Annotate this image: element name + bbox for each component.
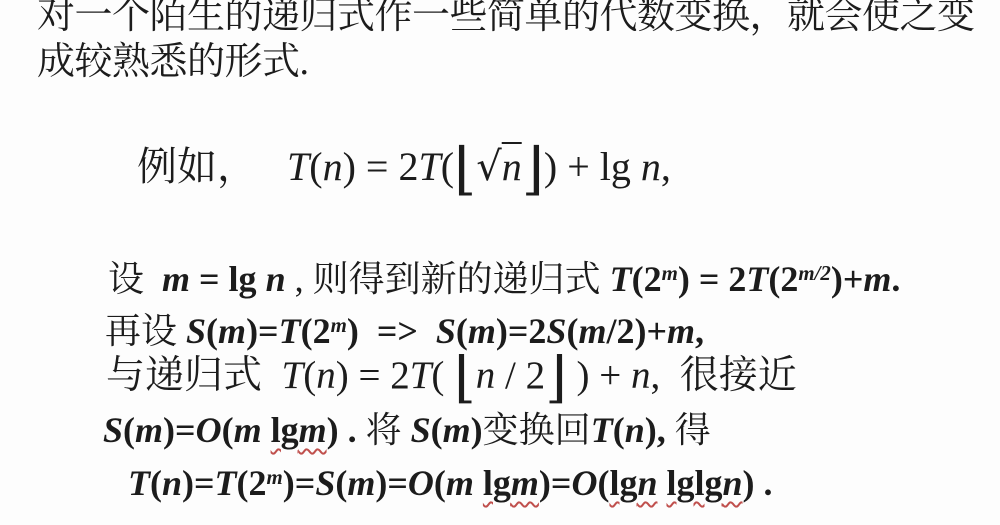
substitution-definition: 设 m = lg n , 则得到新的递归式 T(2m) = 2T(2m/2)+m… xyxy=(108,248,900,304)
text-segment: 得 xyxy=(666,410,711,450)
text-segment xyxy=(257,144,287,189)
slide-canvas: 对一个陌生的递归式作一些简单的代数变换，就会使之变 成较熟悉的形式. 例如， T… xyxy=(0,0,1000,525)
text-segment: ) xyxy=(471,410,483,450)
text-segment: lg xyxy=(271,410,299,450)
text-segment: ( xyxy=(566,311,578,351)
text-segment: (2 xyxy=(632,259,662,299)
text-segment: √ xyxy=(476,144,502,190)
text-segment: T xyxy=(610,259,632,299)
text-segment: ⌋ xyxy=(545,346,567,410)
text-segment: S xyxy=(411,410,431,450)
example-formula: 例如， T(n) = 2T(⌊√n⌋) + lg n, xyxy=(137,136,671,200)
text-segment: T xyxy=(418,144,440,189)
text-segment: ), xyxy=(645,410,666,450)
text-segment: ( xyxy=(431,354,454,397)
text-segment: ⌊ xyxy=(454,346,476,410)
text-segment: ) + lg xyxy=(544,144,641,189)
text-segment: m xyxy=(578,311,606,351)
text-segment: )= xyxy=(375,463,408,503)
text-segment: n xyxy=(637,463,657,503)
text-segment: ( xyxy=(434,463,446,503)
text-segment: (2 xyxy=(768,259,798,299)
text-segment: m xyxy=(662,261,678,285)
text-segment: n xyxy=(476,354,496,397)
text-segment: , xyxy=(661,144,671,189)
text-segment: 将 xyxy=(366,410,411,450)
text-segment: ( xyxy=(222,410,234,450)
text-segment: ) = 2 xyxy=(336,354,410,397)
text-segment: )= xyxy=(539,463,572,503)
text-segment: T xyxy=(128,463,150,503)
intro-line-2: 成较熟悉的形式. xyxy=(37,39,309,85)
text-segment: n xyxy=(316,354,336,397)
text-segment: , xyxy=(695,311,704,351)
text-segment: n xyxy=(641,144,661,189)
text-segment: T xyxy=(279,311,301,351)
text-segment: m xyxy=(135,410,163,450)
text-segment: / 2 xyxy=(495,354,545,397)
text-segment: ( xyxy=(613,410,625,450)
text-segment: T xyxy=(287,144,309,189)
text-segment: 再设 xyxy=(105,311,186,351)
text-segment: m xyxy=(218,311,246,351)
text-segment: m xyxy=(331,313,347,337)
text-segment: )= xyxy=(163,410,196,450)
text-segment: lg xyxy=(483,463,511,503)
text-segment: ( xyxy=(123,410,135,450)
text-segment: ) = 2 xyxy=(678,259,747,299)
text-segment: T xyxy=(591,410,613,450)
text-segment: T xyxy=(410,354,432,397)
text-segment: O xyxy=(196,410,222,450)
text-segment: m xyxy=(511,463,539,503)
text-segment: ⌊ xyxy=(454,136,476,202)
intro-line-1: 对一个陌生的递归式作一些简单的代数变换，就会使之变 xyxy=(37,0,975,39)
text-segment: , xyxy=(650,354,660,397)
text-segment: n xyxy=(625,410,645,450)
text-segment: 设 xyxy=(108,259,162,299)
text-segment: ) . xyxy=(327,410,366,450)
text-segment: T xyxy=(215,463,237,503)
text-segment: S xyxy=(436,311,456,351)
text-segment: , xyxy=(286,259,313,299)
text-segment: ( xyxy=(335,463,347,503)
text-segment: lg xyxy=(229,259,266,299)
text-segment: n xyxy=(502,144,522,189)
text-segment: /2)+ xyxy=(606,311,667,351)
text-segment: ) . xyxy=(743,463,773,503)
text-segment: 很接近 xyxy=(660,354,797,397)
text-segment: ( xyxy=(431,410,443,450)
text-segment: m xyxy=(863,259,891,299)
text-segment: 变换回 xyxy=(483,410,591,450)
text-segment: = xyxy=(190,259,229,299)
text-segment: m xyxy=(446,463,483,503)
text-segment: 则得到新的递归式 xyxy=(313,259,610,299)
text-segment: n xyxy=(162,463,182,503)
text-segment: lglg xyxy=(666,463,722,503)
text-segment: T xyxy=(746,259,768,299)
text-segment: 与递归式 xyxy=(106,354,282,397)
text-segment: ( xyxy=(441,144,454,189)
text-segment: )= xyxy=(283,463,316,503)
text-segment: )= xyxy=(246,311,279,351)
text-segment: ( xyxy=(150,463,162,503)
text-segment: => xyxy=(359,311,436,351)
text-segment: ) + xyxy=(567,354,631,397)
text-segment: m xyxy=(347,463,375,503)
final-result: T(n)=T(2m)=S(m)=O(m lgm)=O(lgn lglgn) . xyxy=(128,452,773,508)
text-segment: lg xyxy=(609,463,637,503)
text-segment: n xyxy=(723,463,743,503)
text-segment: n xyxy=(323,144,343,189)
text-segment: S xyxy=(186,311,206,351)
text-segment: ⌋ xyxy=(522,136,544,202)
text-segment: ) = 2 xyxy=(343,144,419,189)
text-segment: S xyxy=(103,410,123,450)
text-segment: m xyxy=(267,465,283,489)
text-segment: m xyxy=(667,311,695,351)
text-segment: m xyxy=(234,410,271,450)
text-segment: ( xyxy=(597,463,609,503)
text-segment: O xyxy=(571,463,597,503)
comparison-recurrence: 与递归式 T(n) = 2T( ⌊n / 2⌋ ) + n, 很接近 xyxy=(106,347,797,407)
text-segment: n xyxy=(266,259,286,299)
text-segment: )= xyxy=(182,463,215,503)
text-segment: (2 xyxy=(237,463,267,503)
text-segment: ( xyxy=(309,144,322,189)
text-segment: ( xyxy=(206,311,218,351)
text-segment: n xyxy=(631,354,651,397)
text-segment: m/2 xyxy=(798,261,830,285)
text-segment: )=2 xyxy=(496,311,547,351)
text-segment: T xyxy=(282,354,304,397)
text-segment: (2 xyxy=(301,311,331,351)
text-segment: ( xyxy=(303,354,316,397)
text-segment: O xyxy=(408,463,434,503)
text-segment: m xyxy=(443,410,471,450)
text-segment: )+ xyxy=(831,259,864,299)
text-segment: S xyxy=(315,463,335,503)
text-segment: m xyxy=(299,410,327,450)
solution-transform: S(m)=O(m lgm) . 将 S(m)变换回T(n), 得 xyxy=(103,405,711,455)
text-segment: 例如， xyxy=(137,144,257,189)
text-segment: . xyxy=(891,259,900,299)
text-segment: m xyxy=(162,259,190,299)
text-segment: ) xyxy=(347,311,359,351)
